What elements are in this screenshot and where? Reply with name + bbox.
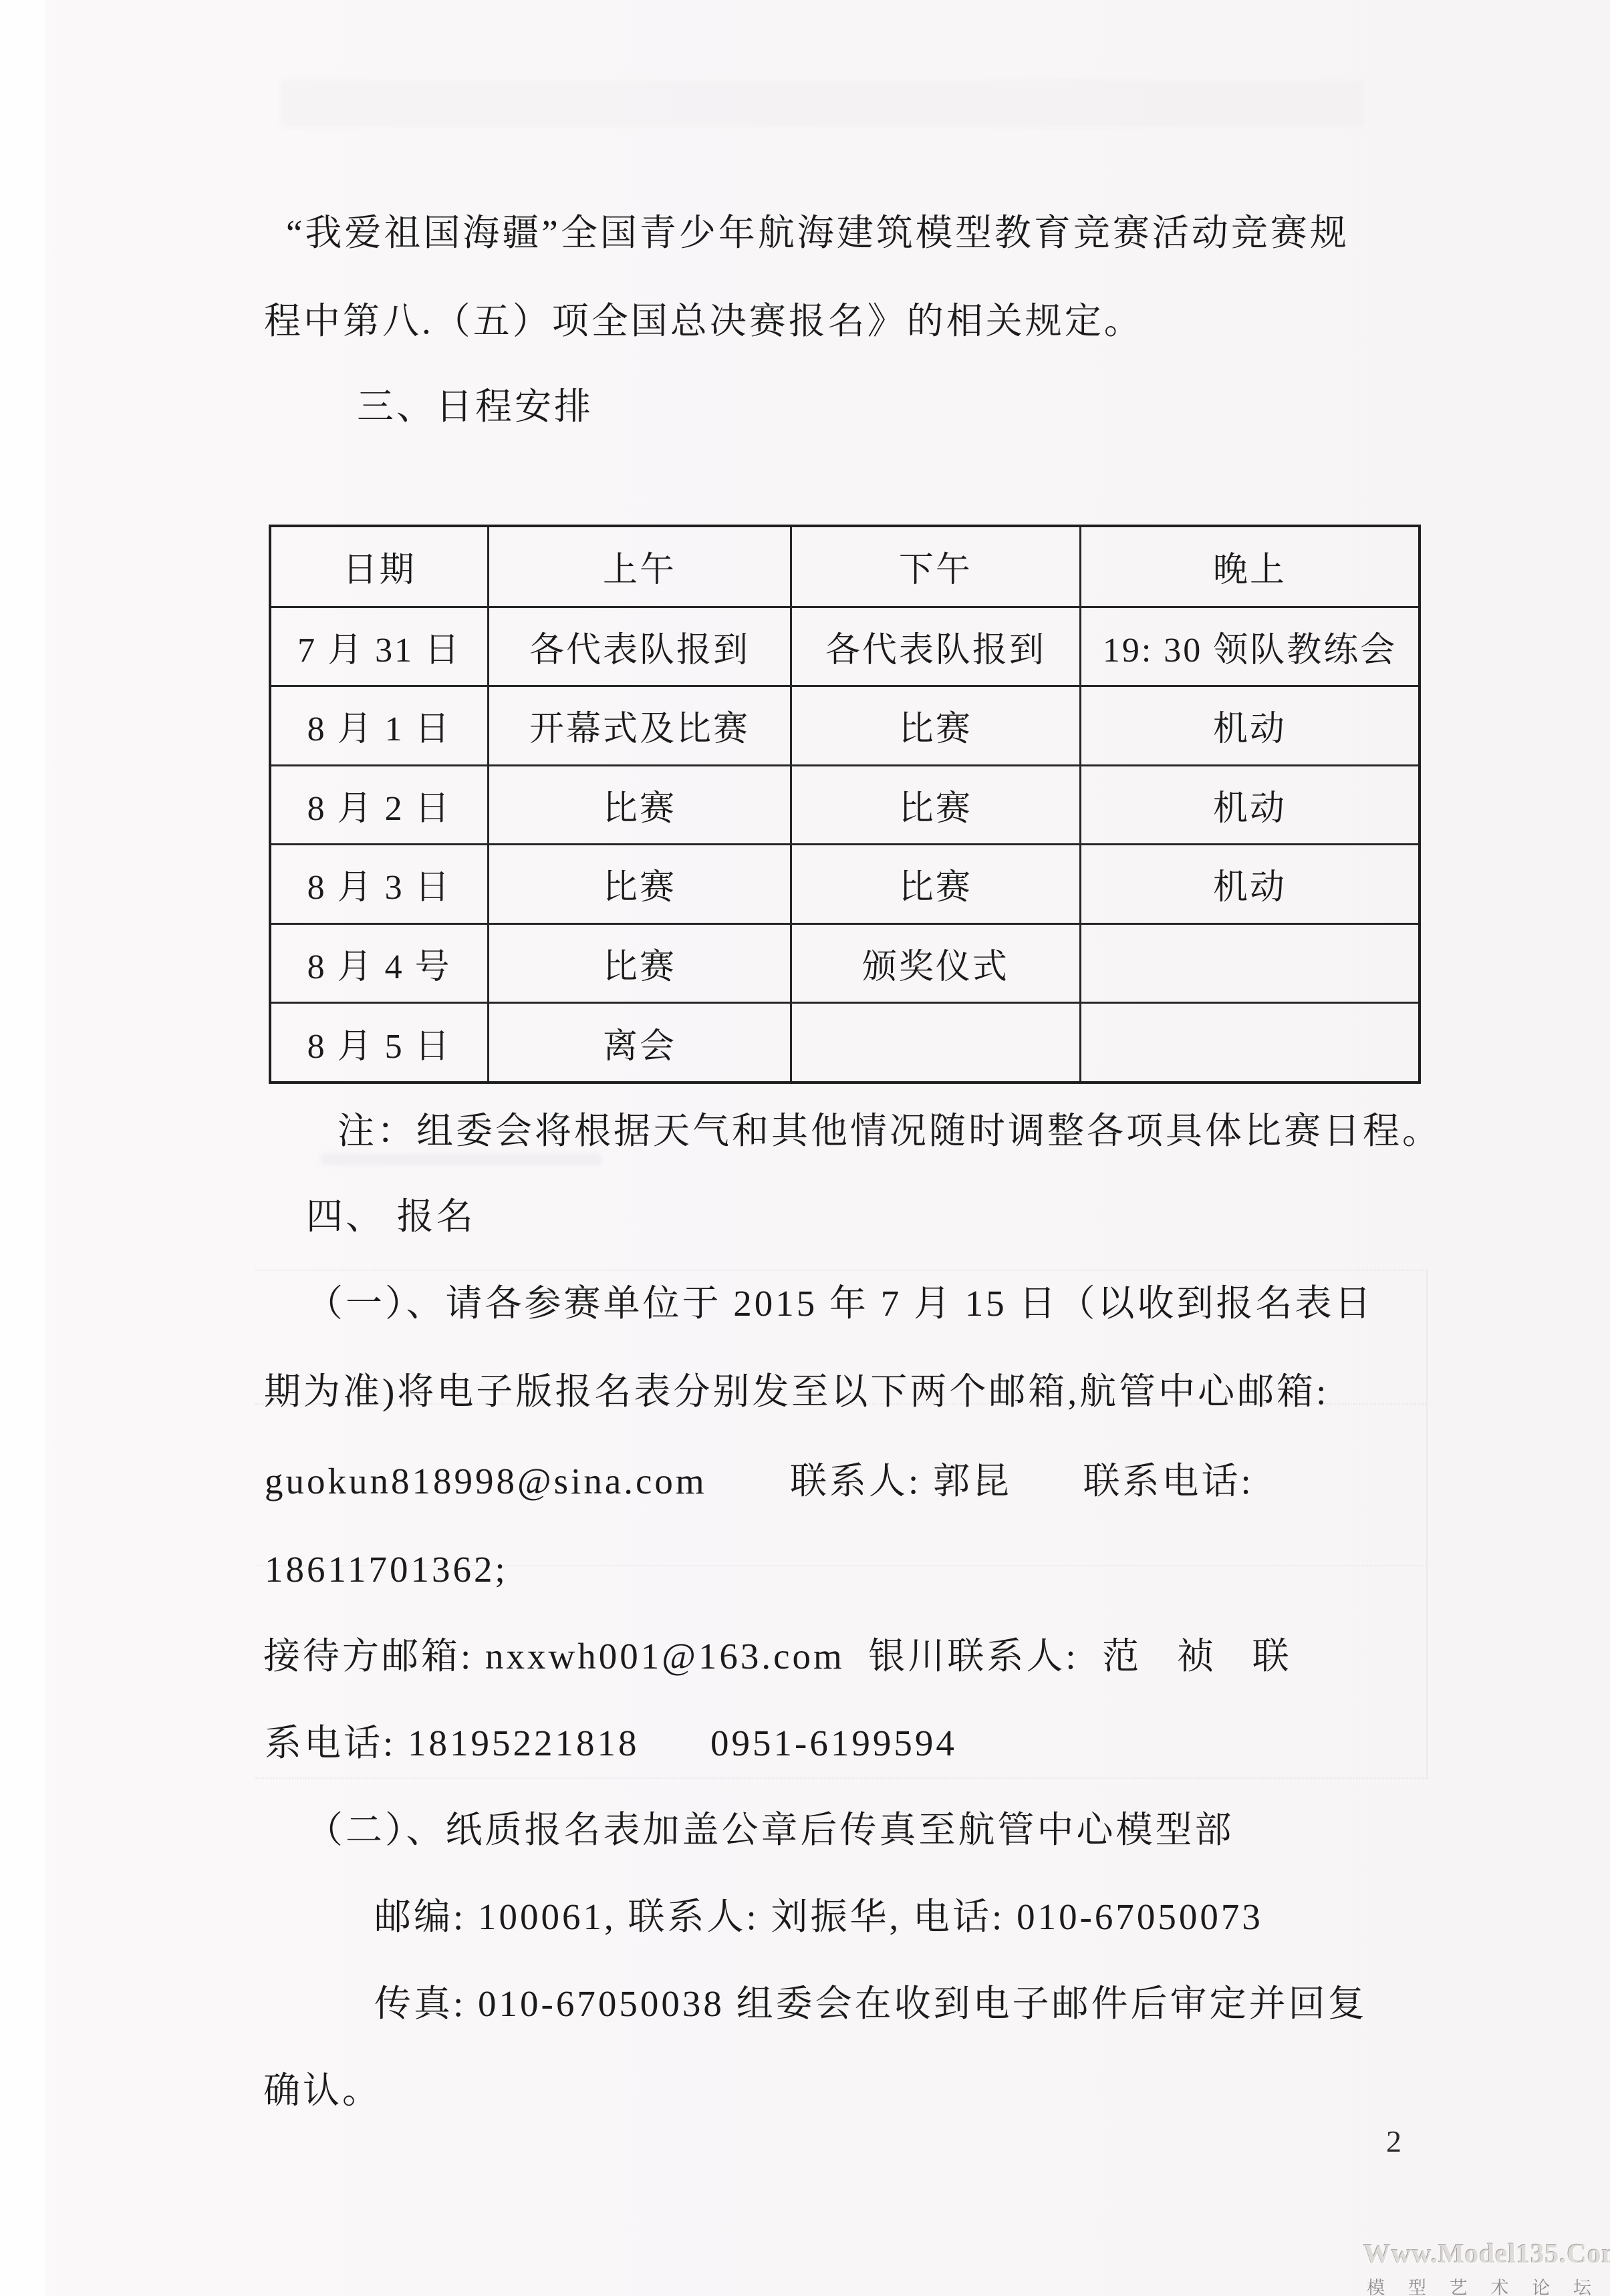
- table-cell: 19: 30 领队教练会: [1081, 607, 1420, 686]
- registration2-line-3-fax: 传真: 010-67050038 组委会在收到电子邮件后审定并回复: [374, 1982, 1367, 2026]
- schedule-header-row: 日期上午下午晚上: [270, 526, 1420, 607]
- table-row: 8 月 2 日比赛比赛机动: [270, 765, 1420, 845]
- registration-line-3-email-contact: guokun818998@sina.com 联系人: 郭昆 联系电话:: [265, 1459, 1254, 1503]
- table-cell: 比赛: [791, 765, 1080, 845]
- schedule-column-header: 下午: [791, 526, 1080, 607]
- scan-artifact: [1426, 1270, 1428, 1779]
- table-cell: [791, 1003, 1080, 1083]
- table-cell: 8 月 4 号: [270, 923, 489, 1003]
- schedule-column-header: 晚上: [1081, 526, 1420, 607]
- table-row: 7 月 31 日各代表队报到各代表队报到19: 30 领队教练会: [270, 607, 1420, 686]
- table-cell: 8 月 5 日: [270, 1003, 489, 1083]
- table-cell: 颁奖仪式: [791, 923, 1080, 1003]
- table-cell: 比赛: [489, 765, 791, 845]
- table-row: 8 月 3 日比赛比赛机动: [270, 845, 1420, 924]
- scan-edge-band: [0, 0, 45, 2296]
- scan-artifact: [281, 80, 1363, 127]
- table-row: 8 月 4 号比赛颁奖仪式: [270, 923, 1420, 1003]
- registration-line-5-email-contact: 接待方邮箱: nxxwh001@163.com 银川联系人: 范 祯 联: [263, 1634, 1292, 1679]
- table-cell: 比赛: [489, 845, 791, 924]
- table-cell: 8 月 3 日: [270, 845, 489, 924]
- table-cell: 机动: [1081, 845, 1420, 924]
- registration2-line-1: （二）、纸质报名表加盖公章后传真至航管中心模型部: [306, 1808, 1234, 1852]
- registration-line-6-phones: 系电话: 18195221818 0951-6199594: [265, 1721, 957, 1765]
- page-number: 2: [1386, 2124, 1401, 2159]
- table-cell: 比赛: [791, 845, 1080, 924]
- table-row: 8 月 1 日开幕式及比赛比赛机动: [270, 686, 1420, 766]
- table-cell: [1081, 923, 1420, 1003]
- watermark-site-url: Www.Model135.Com: [1363, 2237, 1604, 2269]
- registration2-line-4-confirm: 确认。: [263, 2069, 382, 2113]
- table-cell: 机动: [1081, 765, 1420, 845]
- table-cell: 7 月 31 日: [270, 607, 489, 686]
- schedule-table: 日期上午下午晚上 7 月 31 日各代表队报到各代表队报到19: 30 领队教练…: [269, 525, 1421, 1084]
- schedule-column-header: 日期: [270, 526, 489, 607]
- table-cell: 8 月 1 日: [270, 686, 489, 766]
- table-cell: 比赛: [489, 923, 791, 1003]
- table-cell: 比赛: [791, 686, 1080, 766]
- table-cell: [1081, 1003, 1420, 1083]
- registration-line-4-phone: 18611701362;: [265, 1548, 508, 1592]
- table-row: 8 月 5 日离会: [270, 1003, 1420, 1083]
- paragraph-intro-line-1: “我爱祖国海疆”全国青少年航海建筑模型教育竞赛活动竞赛规: [286, 211, 1349, 255]
- scan-artifact: [255, 1777, 1426, 1779]
- table-cell: 各代表队报到: [791, 607, 1080, 686]
- schedule-table-body: 7 月 31 日各代表队报到各代表队报到19: 30 领队教练会8 月 1 日开…: [270, 607, 1420, 1083]
- scan-artifact: [255, 1270, 1426, 1271]
- table-cell: 8 月 2 日: [270, 765, 489, 845]
- registration-line-2: 期为准)将电子版报名表分别发至以下两个邮箱,航管中心邮箱:: [264, 1370, 1329, 1414]
- watermark: Www.Model135.Com 模 型 艺 术 论 坛: [1363, 2237, 1604, 2296]
- schedule-column-header: 上午: [489, 526, 791, 607]
- registration-line-1: （一）、请各参赛单位于 2015 年 7 月 15 日（以收到报名表日: [306, 1282, 1374, 1326]
- table-cell: 离会: [489, 1003, 791, 1083]
- section-3-heading: 三、日程安排: [357, 385, 593, 429]
- table-cell: 开幕式及比赛: [489, 686, 791, 766]
- paragraph-intro-line-2: 程中第八.（五）项全国总决赛报名》的相关规定。: [264, 299, 1144, 343]
- document-page: “我爱祖国海疆”全国青少年航海建筑模型教育竞赛活动竞赛规 程中第八.（五）项全国…: [0, 0, 1610, 2296]
- watermark-forum-name: 模 型 艺 术 论 坛: [1363, 2273, 1604, 2296]
- scan-artifact: [321, 1153, 601, 1165]
- table-note: 注：组委会将根据天气和其他情况随时调整各项具体比赛日程。: [338, 1109, 1442, 1153]
- table-cell: 各代表队报到: [489, 607, 791, 686]
- registration2-line-2-postcode-contact: 邮编: 100061, 联系人: 刘振华, 电话: 010-67050073: [374, 1895, 1263, 1939]
- section-4-heading: 四、 报名: [306, 1195, 476, 1239]
- table-cell: 机动: [1081, 686, 1420, 766]
